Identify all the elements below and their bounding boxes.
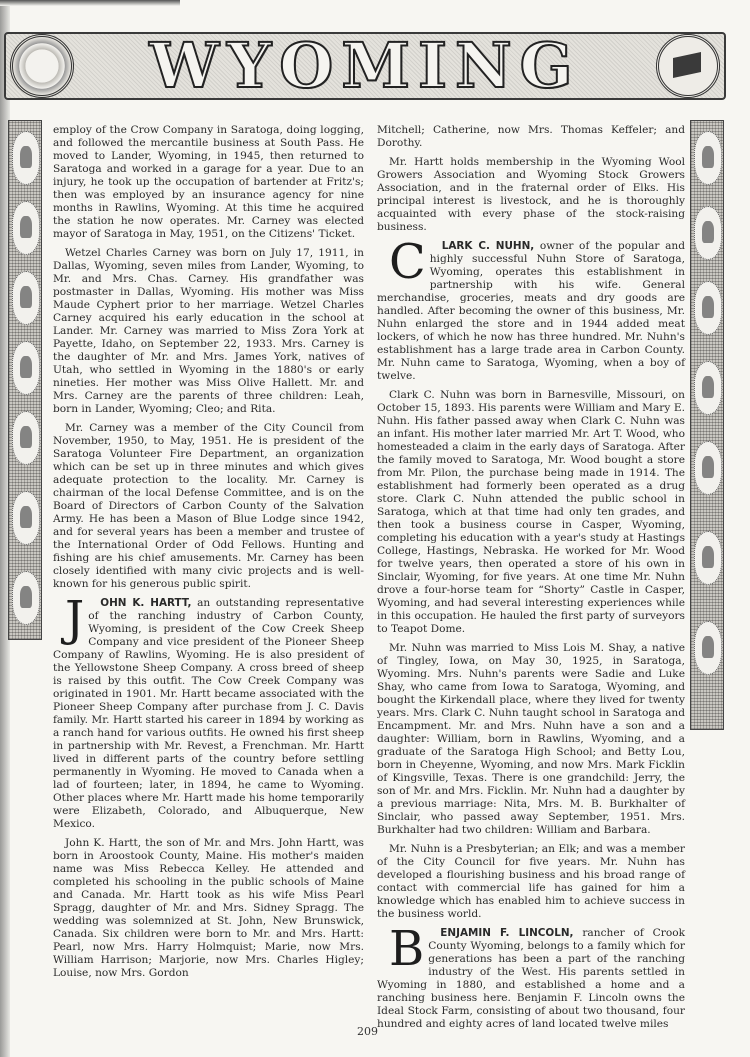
rider-medallion-icon: [694, 206, 722, 260]
state-seal-icon: [10, 34, 74, 98]
nuhn-paragraph-3: Mr. Nuhn was married to Miss Lois M. Sha…: [377, 642, 685, 837]
drop-cap: C: [377, 242, 426, 282]
hartt-paragraph-3: Mitchell; Catherine, now Mrs. Thomas Kef…: [377, 124, 685, 150]
hunter-medallion-icon: [12, 411, 40, 465]
lincoln-biography-intro: BENJAMIN F. LINCOLN, rancher of Crook Co…: [377, 927, 685, 1031]
left-column: employ of the Crow Company in Saratoga, …: [53, 124, 364, 986]
scan-edge-shade: [0, 0, 180, 6]
bucking-horse-medallion-icon: [12, 491, 40, 545]
hartt-biography-intro: JOHN K. HARTT, an outstanding representa…: [53, 597, 364, 831]
cowboy-medallion-icon: [694, 131, 722, 185]
bio-name-heading: LARK C. NUHN,: [442, 240, 535, 252]
rope-knot-icon: [12, 571, 40, 625]
bucking-horse-medallion-icon: [694, 361, 722, 415]
sagebrush-medallion-icon: [694, 531, 722, 585]
rider-medallion-icon: [12, 201, 40, 255]
drop-cap: B: [377, 929, 424, 969]
nuhn-paragraph-4: Mr. Nuhn is a Presbyterian; an Elk; and …: [377, 843, 685, 921]
nuhn-paragraph-2: Clark C. Nuhn was born in Barnesville, M…: [377, 389, 685, 636]
drop-cap: J: [53, 599, 84, 639]
decorative-border-left: [8, 120, 42, 640]
decorative-border-right: [690, 120, 724, 730]
cowboy-medallion-icon: [12, 131, 40, 185]
hartt-paragraph-4: Mr. Hartt holds membership in the Wyomin…: [377, 156, 685, 234]
state-flag-icon: [656, 34, 720, 98]
wyoming-banner: WYOMING: [4, 32, 726, 100]
carney-paragraph-2: Wetzel Charles Carney was born on July 1…: [53, 247, 364, 416]
rope-loop-icon: [694, 441, 722, 495]
hartt-paragraph-2: John K. Hartt, the son of Mr. and Mrs. J…: [53, 837, 364, 980]
bio-text: an outstanding representative of the ran…: [53, 597, 364, 830]
bio-name-heading: OHN K. HARTT,: [100, 597, 191, 609]
wagon-medallion-icon: [12, 271, 40, 325]
page-number: 209: [357, 1025, 378, 1038]
carney-paragraph-1: employ of the Crow Company in Saratoga, …: [53, 124, 364, 241]
nuhn-biography-intro: CLARK C. NUHN, owner of the popular and …: [377, 240, 685, 383]
cattle-medallion-icon: [12, 341, 40, 395]
carney-paragraph-3: Mr. Carney was a member of the City Coun…: [53, 422, 364, 591]
right-column: Mitchell; Catherine, now Mrs. Thomas Kef…: [377, 124, 685, 1037]
bio-name-heading: ENJAMIN F. LINCOLN,: [440, 927, 573, 939]
banner-title: WYOMING: [78, 36, 652, 96]
rope-knot-icon: [694, 621, 722, 675]
wagon-medallion-icon: [694, 281, 722, 335]
